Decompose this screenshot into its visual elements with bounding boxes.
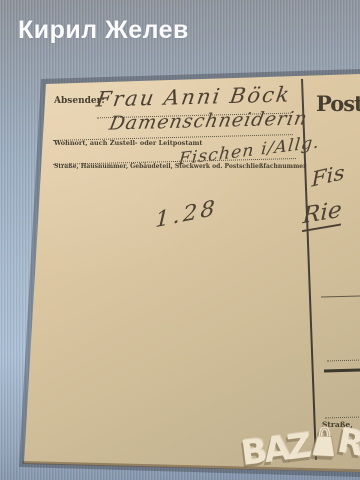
strasse-label: Straße, Hausnummer, Gebäudeteil, Stockwe… bbox=[54, 163, 306, 170]
recipient-handwriting-line1: Fis bbox=[312, 160, 345, 191]
bazar-logo-text-left: BAZ bbox=[239, 426, 311, 474]
sender-occupation-handwriting: Damenschneiderin bbox=[107, 107, 309, 134]
shopping-bag-icon bbox=[311, 424, 337, 466]
strasse-bottom-line bbox=[325, 417, 360, 419]
recipient-handwriting-line2: Rie bbox=[302, 197, 342, 232]
wohnort-label: Wohnort, auch Zustell- oder Leitpostamt bbox=[54, 139, 202, 147]
postkarte-title: Post bbox=[316, 91, 360, 116]
bazar-logo-text-right: R bbox=[334, 421, 360, 465]
listing-photo: Кирил Желев Absender: Frau Anni Böck Dam… bbox=[0, 0, 360, 480]
note-number-handwriting: 1.28 bbox=[155, 196, 219, 233]
seller-watermark: Кирил Желев bbox=[18, 16, 189, 45]
recipient-address-line-2 bbox=[324, 369, 360, 373]
recipient-address-line-1 bbox=[321, 295, 360, 297]
bazar-logo: BAZ R bbox=[240, 422, 360, 476]
sender-name-handwriting: Frau Anni Böck bbox=[95, 82, 293, 111]
recipient-address-dotted-line bbox=[327, 360, 360, 362]
